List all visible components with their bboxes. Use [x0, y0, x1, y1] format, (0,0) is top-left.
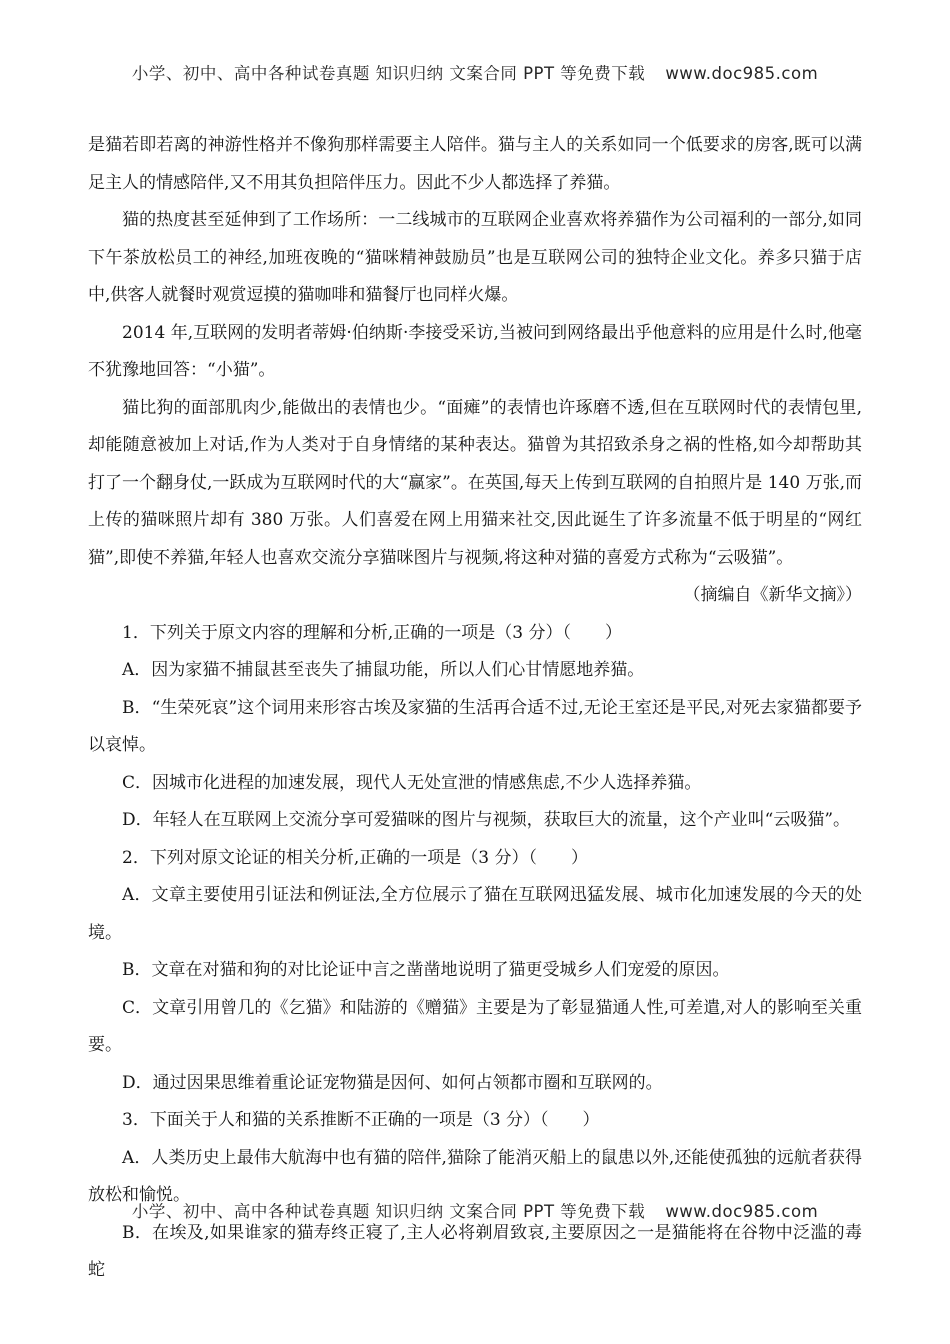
- article-paragraph: 是猫若即若离的神游性格并不像狗那样需要主人陪伴。猫与主人的关系如同一个低要求的房…: [88, 127, 862, 202]
- question-2-option-a: A．文章主要使用引证法和例证法,全方位展示了猫在互联网迅猛发展、城市化加速发展的…: [88, 877, 862, 952]
- question-1-option-b: B．“生荣死哀”这个词用来形容古埃及家猫的生活再合适不过,无论王室还是平民,对死…: [88, 690, 862, 765]
- exam-document-page: 小学、初中、高中各种试卷真题 知识归纳 文案合同 PPT 等免费下载www.do…: [0, 0, 950, 1344]
- question-1-option-d: D．年轻人在互联网上交流分享可爱猫咪的图片与视频，获取巨大的流量，这个产业叫“云…: [88, 802, 862, 840]
- article-paragraph: 2014 年,互联网的发明者蒂姆·伯纳斯·李接受采访,当被问到网络最出乎他意料的…: [88, 315, 862, 390]
- question-1-option-a: A．因为家猫不捕鼠甚至丧失了捕鼠功能，所以人们心甘情愿地养猫。: [88, 652, 862, 690]
- footer-banner-url: www.doc985.com: [665, 1202, 818, 1221]
- article-paragraph: 猫比狗的面部肌肉少,能做出的表情也少。“面瘫”的表情也许琢磨不透,但在互联网时代…: [88, 390, 862, 578]
- header-banner-text: 小学、初中、高中各种试卷真题 知识归纳 文案合同 PPT 等免费下载: [132, 64, 645, 83]
- question-2-option-c: C．文章引用曾几的《乞猫》和陆游的《赠猫》主要是为了彰显猫通人性,可差遣,对人的…: [88, 990, 862, 1065]
- question-3-option-b: B．在埃及,如果谁家的猫寿终正寝了,主人必将剃眉致哀,主要原因之一是猫能将在谷物…: [88, 1215, 862, 1290]
- header-banner-url: www.doc985.com: [665, 64, 818, 83]
- question-2-stem: 2．下列对原文论证的相关分析,正确的一项是（3 分）（ ）: [88, 840, 862, 878]
- document-body: 是猫若即若离的神游性格并不像狗那样需要主人陪伴。猫与主人的关系如同一个低要求的房…: [88, 127, 862, 1290]
- question-3-stem: 3．下面关于人和猫的关系推断不正确的一项是（3 分）（ ）: [88, 1102, 862, 1140]
- question-2-option-b: B．文章在对猫和狗的对比论证中言之凿凿地说明了猫更受城乡人们宠爱的原因。: [88, 952, 862, 990]
- question-1-stem: 1．下列关于原文内容的理解和分析,正确的一项是（3 分）（ ）: [88, 615, 862, 653]
- footer-banner: 小学、初中、高中各种试卷真题 知识归纳 文案合同 PPT 等免费下载www.do…: [0, 1198, 950, 1222]
- source-attribution: （摘编自《新华文摘》）: [88, 577, 862, 615]
- question-1-option-c: C．因城市化进程的加速发展，现代人无处宣泄的情感焦虑,不少人选择养猫。: [88, 765, 862, 803]
- header-banner: 小学、初中、高中各种试卷真题 知识归纳 文案合同 PPT 等免费下载www.do…: [0, 60, 950, 84]
- footer-banner-text: 小学、初中、高中各种试卷真题 知识归纳 文案合同 PPT 等免费下载: [132, 1202, 645, 1221]
- article-paragraph: 猫的热度甚至延伸到了工作场所：一二线城市的互联网企业喜欢将养猫作为公司福利的一部…: [88, 202, 862, 315]
- question-2-option-d: D．通过因果思维着重论证宠物猫是因何、如何占领都市圈和互联网的。: [88, 1065, 862, 1103]
